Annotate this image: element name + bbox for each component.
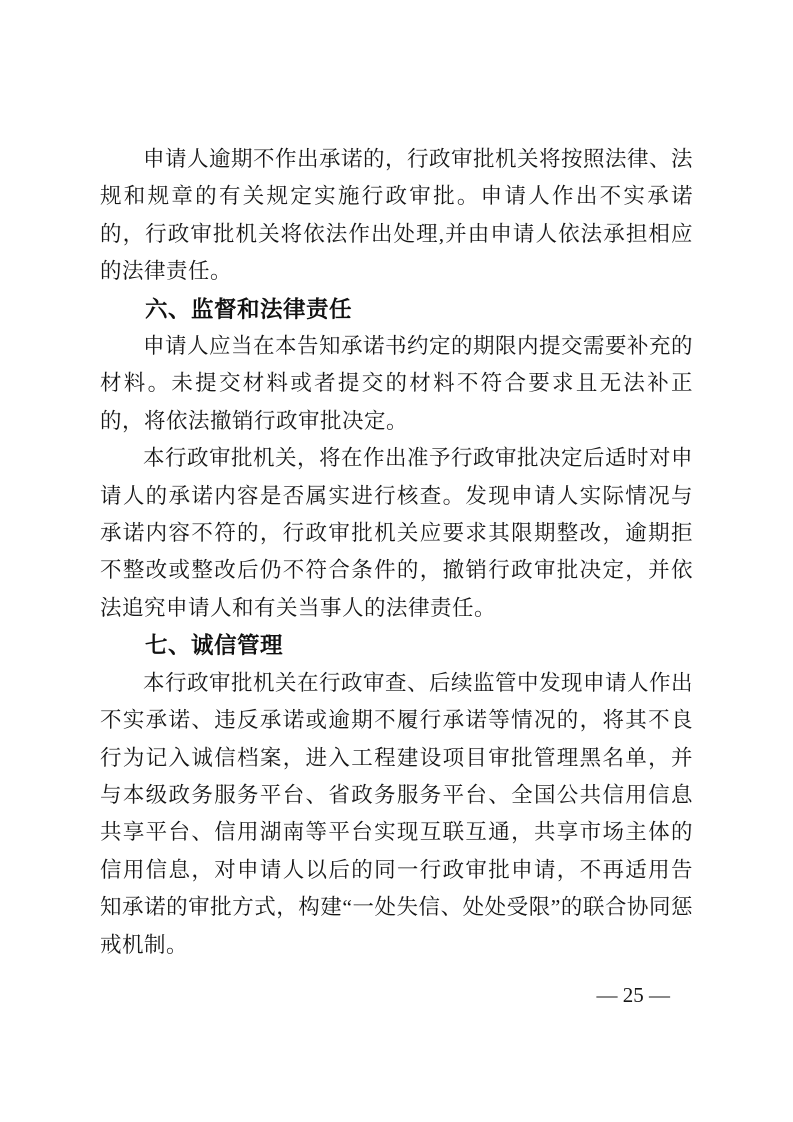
paragraph-verification-and-revocation: 本行政审批机关，将在作出准予行政审批决定后适时对申请人的承诺内容是否属实进行核查… (100, 440, 693, 627)
page-number: — 25 — (597, 983, 671, 1007)
paragraph-supplementary-materials: 申请人应当在本告知承诺书约定的期限内提交需要补充的材料。未提交材料或者提交的材料… (100, 328, 693, 440)
section-heading-integrity-management: 七、诚信管理 (100, 627, 693, 664)
document-content: 申请人逾期不作出承诺的，行政审批机关将按照法律、法规和规章的有关规定实施行政审批… (100, 141, 693, 964)
paragraph-credit-blacklist: 本行政审批机关在行政审查、后续监管中发现申请人作出不实承诺、违反承诺或逾期不履行… (100, 665, 693, 964)
paragraph-overdue-commitment: 申请人逾期不作出承诺的，行政审批机关将按照法律、法规和规章的有关规定实施行政审批… (100, 141, 693, 291)
document-page: 申请人逾期不作出承诺的，行政审批机关将按照法律、法规和规章的有关规定实施行政审批… (0, 0, 793, 1122)
section-heading-supervision-legal-liability: 六、监督和法律责任 (100, 291, 693, 328)
